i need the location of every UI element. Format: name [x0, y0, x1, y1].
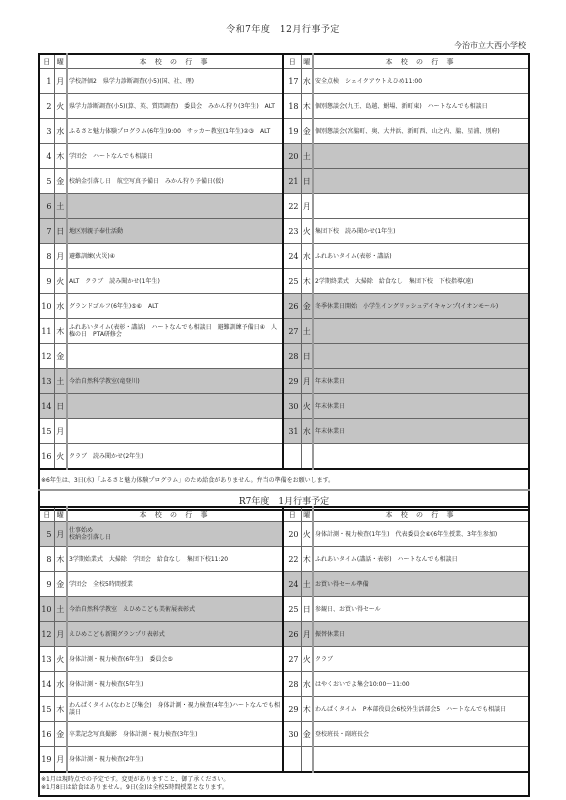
weekday: 土	[54, 597, 67, 622]
weekday: 木	[54, 144, 67, 169]
day-events: 年末休業日	[313, 369, 529, 394]
table-row: 5金校納金引落し日 航空写真予備日 みかん狩り予備日(仮)21日	[39, 169, 529, 194]
day-number: 4	[39, 144, 54, 169]
weekday: 水	[301, 244, 313, 269]
weekday: 木	[54, 547, 67, 572]
col-weekday: 曜	[301, 507, 313, 522]
table-row: 14日30火年末休業日	[39, 394, 529, 419]
day-events: 身体計測・視力検査(1年生) 代表委員会⑥(6年生授業、3年生参加)	[313, 522, 529, 547]
weekday: 火	[301, 647, 313, 672]
day-number: 1	[39, 69, 54, 94]
weekday: 金	[54, 169, 67, 194]
day-events: 振替休業日	[313, 622, 529, 647]
table-row: 4木学団会 ハートなんでも相談日20土	[39, 144, 529, 169]
day-number: 11	[39, 319, 54, 344]
day-number: 21	[283, 169, 301, 194]
day-events: クラブ 読み聞かせ(2年生)	[67, 444, 283, 470]
table-row: 14水身体計測・視力検査(5年生)28水はやくおいでよ集会10:00～11:00	[39, 672, 529, 697]
table-row: 6土22月	[39, 194, 529, 219]
day-number	[283, 444, 301, 470]
day-events	[67, 419, 283, 444]
january-notes: ※1月は現時点での予定です。変更がありますこと、御了承ください。 ※1月8日は給…	[39, 772, 529, 796]
day-events: ふれあいタイム(表彰・講話)	[313, 244, 529, 269]
weekday: 水	[301, 419, 313, 444]
weekday: 木	[301, 697, 313, 722]
day-number: 29	[283, 369, 301, 394]
weekday: 水	[301, 69, 313, 94]
day-number: 8	[39, 244, 54, 269]
weekday: 土	[54, 194, 67, 219]
weekday: 月	[301, 194, 313, 219]
day-number: 7	[39, 219, 54, 244]
table-row: 3水ふるさと魅力体験プログラム(6年生)9:00 サッカー教室(1年生)②③ A…	[39, 119, 529, 144]
day-number: 19	[283, 119, 301, 144]
day-events	[313, 194, 529, 219]
day-number: 28	[283, 344, 301, 369]
day-number: 25	[283, 597, 301, 622]
weekday: 木	[301, 94, 313, 119]
day-number: 22	[283, 194, 301, 219]
day-events: 個別懇談会(九王、島越、鮒場、新町東) ハートなんでも相談日	[313, 94, 529, 119]
day-events: 校納金引落し日 航空写真予備日 みかん狩り予備日(仮)	[67, 169, 283, 194]
day-number: 13	[39, 647, 54, 672]
weekday: 日	[54, 394, 67, 419]
day-events	[67, 344, 283, 369]
table-row: 9金学団会 全校5時間授業24土お買い得セール準備	[39, 572, 529, 597]
day-number: 24	[283, 572, 301, 597]
day-events: 冬季休業日開始 小学生イングリッシュデイキャンプ(イオンモール)	[313, 294, 529, 319]
day-number: 9	[39, 572, 54, 597]
day-events	[313, 144, 529, 169]
day-number: 8	[39, 547, 54, 572]
weekday: 火	[54, 647, 67, 672]
col-day: 日	[39, 54, 54, 69]
day-events: わんぱくタイム(なわとび集会) 身体計測・視力検査(4年生)ハートなんでも相談日	[67, 697, 283, 722]
day-number: 6	[39, 194, 54, 219]
january-schedule-table: 日 曜 本 校 の 行 事 日 曜 本 校 の 行 事 5月仕事始め 校納金引落…	[38, 506, 530, 797]
day-events	[313, 319, 529, 344]
table-row: 9火ALT クラブ 読み聞かせ(1年生)25木2学期終業式 大掃除 給食なし 集…	[39, 269, 529, 294]
weekday: 土	[54, 369, 67, 394]
day-number: 12	[39, 622, 54, 647]
day-number	[283, 747, 301, 773]
day-number: 16	[39, 444, 54, 470]
day-number: 27	[283, 647, 301, 672]
school-name: 今治市立大西小学校	[454, 40, 526, 51]
weekday: 火	[301, 394, 313, 419]
day-number: 14	[39, 394, 54, 419]
day-number: 26	[283, 622, 301, 647]
table-row: 10水グランドゴルフ(6年生)⑤⑥ ALT26金冬季休業日開始 小学生イングリッ…	[39, 294, 529, 319]
table-row: 7日地区別親子奉仕活動23火集団下校 読み聞かせ(1年生)	[39, 219, 529, 244]
weekday: 水	[54, 294, 67, 319]
day-number: 9	[39, 269, 54, 294]
day-number: 3	[39, 119, 54, 144]
col-events: 本 校 の 行 事	[313, 507, 529, 522]
day-number: 25	[283, 269, 301, 294]
day-events: わんぱくタイム P本部役員会6校外生活部会5 ハートなんでも相談日	[313, 697, 529, 722]
day-events: お買い得セール準備	[313, 572, 529, 597]
day-number: 28	[283, 672, 301, 697]
col-weekday: 曜	[54, 507, 67, 522]
col-events: 本 校 の 行 事	[67, 54, 283, 69]
table-row: 12月えひめこども新聞グランプリ表彰式26月振替休業日	[39, 622, 529, 647]
day-events	[313, 344, 529, 369]
weekday: 月	[54, 622, 67, 647]
day-events: ふるさと魅力体験プログラム(6年生)9:00 サッカー教室(1年生)②③ ALT	[67, 119, 283, 144]
weekday: 日	[301, 169, 313, 194]
december-note: ※6年生は、3日(水)「ふるさと魅力体験プログラム」のため給食がありません。弁当…	[39, 469, 529, 490]
day-events: 身体計測・視力検査(5年生)	[67, 672, 283, 697]
weekday: 木	[301, 269, 313, 294]
weekday: 土	[301, 319, 313, 344]
weekday: 火	[54, 94, 67, 119]
weekday: 火	[54, 269, 67, 294]
weekday: 金	[54, 344, 67, 369]
day-events	[313, 747, 529, 773]
day-events: ふれあいタイム(表彰・講話) ハートなんでも相談日 避難訓練予備日④ 人権の日 …	[67, 319, 283, 344]
day-number: 10	[39, 294, 54, 319]
day-events: 安全点検 シェイクアウトえひめ11:00	[313, 69, 529, 94]
weekday: 木	[54, 319, 67, 344]
day-number: 23	[283, 219, 301, 244]
day-number: 13	[39, 369, 54, 394]
day-number: 29	[283, 697, 301, 722]
day-number: 26	[283, 294, 301, 319]
table-row: 2火県学力診断調査(小5)(算、英、質問調査) 委員会 みかん狩り(3年生) A…	[39, 94, 529, 119]
col-events: 本 校 の 行 事	[313, 54, 529, 69]
col-events: 本 校 の 行 事	[67, 507, 283, 522]
day-events: 学校評価2 県学力診断調査(小5)(国、社、理)	[67, 69, 283, 94]
table-row: 5月仕事始め 校納金引落し日20火身体計測・視力検査(1年生) 代表委員会⑥(6…	[39, 522, 529, 547]
table-row: 8月避難訓練(火災)④24水ふれあいタイム(表彰・講話)	[39, 244, 529, 269]
day-events: ふれあいタイム(講話・表彰) ハートなんでも相談日	[313, 547, 529, 572]
day-number: 12	[39, 344, 54, 369]
weekday: 金	[301, 294, 313, 319]
day-events: 避難訓練(火災)④	[67, 244, 283, 269]
weekday: 日	[301, 597, 313, 622]
table-row: 10土今治自然科学教室 えひめこども美術展表彰式25日参観日、お買い得セール	[39, 597, 529, 622]
weekday: 月	[54, 419, 67, 444]
weekday: 土	[301, 572, 313, 597]
weekday: 金	[54, 572, 67, 597]
table-row: 16金卒業記念写真撮影 身体計測・視力検査(3年生)30金登校班長・副班長会	[39, 722, 529, 747]
day-number: 19	[39, 747, 54, 773]
page-title: 令和7年度 12月行事予定	[0, 22, 566, 35]
weekday: 火	[301, 219, 313, 244]
weekday: 木	[54, 697, 67, 722]
weekday: 金	[54, 722, 67, 747]
day-events: はやくおいでよ集会10:00～11:00	[313, 672, 529, 697]
weekday: 水	[301, 672, 313, 697]
day-events	[67, 194, 283, 219]
day-events: クラブ	[313, 647, 529, 672]
day-events: 学団会 ハートなんでも相談日	[67, 144, 283, 169]
col-weekday: 曜	[54, 54, 67, 69]
weekday: 日	[301, 344, 313, 369]
weekday: 月	[54, 69, 67, 94]
weekday: 水	[54, 672, 67, 697]
day-number: 20	[283, 144, 301, 169]
day-events: えひめこども新聞グランプリ表彰式	[67, 622, 283, 647]
table-header-row: 日 曜 本 校 の 行 事 日 曜 本 校 の 行 事	[39, 507, 529, 522]
col-day: 日	[283, 54, 301, 69]
weekday: 月	[301, 369, 313, 394]
day-events: 3学期始業式 大掃除 学団会 給食なし 集団下校11:20	[67, 547, 283, 572]
day-number: 16	[39, 722, 54, 747]
december-schedule-table: 日 曜 本 校 の 行 事 日 曜 本 校 の 行 事 1月学校評価2 県学力診…	[38, 53, 530, 511]
weekday: 月	[301, 622, 313, 647]
day-number: 17	[283, 69, 301, 94]
weekday: 土	[301, 144, 313, 169]
january-note-1: ※1月は現時点での予定です。変更がありますこと、御了承ください。	[41, 776, 528, 784]
day-number: 30	[283, 394, 301, 419]
col-day: 日	[283, 507, 301, 522]
day-number: 18	[283, 94, 301, 119]
table-row: 19月身体計測・視力検査(2年生)	[39, 747, 529, 773]
table-row: 13土今治自然科学教室(竜登川)29月年末休業日	[39, 369, 529, 394]
day-number: 27	[283, 319, 301, 344]
weekday: 金	[301, 722, 313, 747]
day-events: グランドゴルフ(6年生)⑤⑥ ALT	[67, 294, 283, 319]
weekday: 月	[54, 747, 67, 773]
day-events: 地区別親子奉仕活動	[67, 219, 283, 244]
weekday: 月	[54, 244, 67, 269]
day-events: 身体計測・視力検査(2年生)	[67, 747, 283, 773]
day-events: 今治自然科学教室(竜登川)	[67, 369, 283, 394]
weekday: 木	[301, 547, 313, 572]
day-events: 県学力診断調査(小5)(算、英、質問調査) 委員会 みかん狩り(3年生) ALT	[67, 94, 283, 119]
day-events: 年末休業日	[313, 419, 529, 444]
day-number: 24	[283, 244, 301, 269]
weekday: 火	[54, 444, 67, 470]
day-events: 今治自然科学教室 えひめこども美術展表彰式	[67, 597, 283, 622]
day-number: 5	[39, 169, 54, 194]
table-row: 12金28日	[39, 344, 529, 369]
weekday: 水	[54, 119, 67, 144]
day-events: 登校班長・副班長会	[313, 722, 529, 747]
day-number: 2	[39, 94, 54, 119]
weekday: 火	[301, 522, 313, 547]
table-row: 15木わんぱくタイム(なわとび集会) 身体計測・視力検査(4年生)ハートなんでも…	[39, 697, 529, 722]
day-events: 参観日、お買い得セール	[313, 597, 529, 622]
table-row: 1月学校評価2 県学力診断調査(小5)(国、社、理)17水安全点検 シェイクアウ…	[39, 69, 529, 94]
day-events: 仕事始め 校納金引落し日	[67, 522, 283, 547]
table-row: 11木ふれあいタイム(表彰・講話) ハートなんでも相談日 避難訓練予備日④ 人権…	[39, 319, 529, 344]
weekday: 月	[54, 522, 67, 547]
day-number: 31	[283, 419, 301, 444]
weekday	[301, 444, 313, 470]
day-number: 22	[283, 547, 301, 572]
day-number: 20	[283, 522, 301, 547]
table-row: 13火身体計測・視力検査(6年生) 委員会⑤27火クラブ	[39, 647, 529, 672]
day-events: 2学期終業式 大掃除 給食なし 集団下校 下校指導(遠)	[313, 269, 529, 294]
day-events: 身体計測・視力検査(6年生) 委員会⑤	[67, 647, 283, 672]
day-number: 30	[283, 722, 301, 747]
day-events	[67, 394, 283, 419]
day-events: 個別懇談会(宮脇町、奥、大井浜、新町西、山之内、脇、星浦、別府)	[313, 119, 529, 144]
day-number: 10	[39, 597, 54, 622]
table-row: 8木3学期始業式 大掃除 学団会 給食なし 集団下校11:2022木ふれあいタイ…	[39, 547, 529, 572]
weekday: 日	[54, 219, 67, 244]
table-row: 15月31水年末休業日	[39, 419, 529, 444]
day-events: 学団会 全校5時間授業	[67, 572, 283, 597]
day-number: 5	[39, 522, 54, 547]
weekday	[301, 747, 313, 773]
day-events: 集団下校 読み聞かせ(1年生)	[313, 219, 529, 244]
day-number: 14	[39, 672, 54, 697]
table-header-row: 日 曜 本 校 の 行 事 日 曜 本 校 の 行 事	[39, 54, 529, 69]
table-row: 16火クラブ 読み聞かせ(2年生)	[39, 444, 529, 470]
day-events: 年末休業日	[313, 394, 529, 419]
day-number: 15	[39, 697, 54, 722]
january-note-2: ※1月8日は給食はありません。9日(金)は全校5時間授業となります。	[41, 784, 528, 792]
day-events	[313, 444, 529, 470]
weekday: 金	[301, 119, 313, 144]
day-events: 卒業記念写真撮影 身体計測・視力検査(3年生)	[67, 722, 283, 747]
day-events: ALT クラブ 読み聞かせ(1年生)	[67, 269, 283, 294]
day-number: 15	[39, 419, 54, 444]
col-day: 日	[39, 507, 54, 522]
col-weekday: 曜	[301, 54, 313, 69]
day-events	[313, 169, 529, 194]
